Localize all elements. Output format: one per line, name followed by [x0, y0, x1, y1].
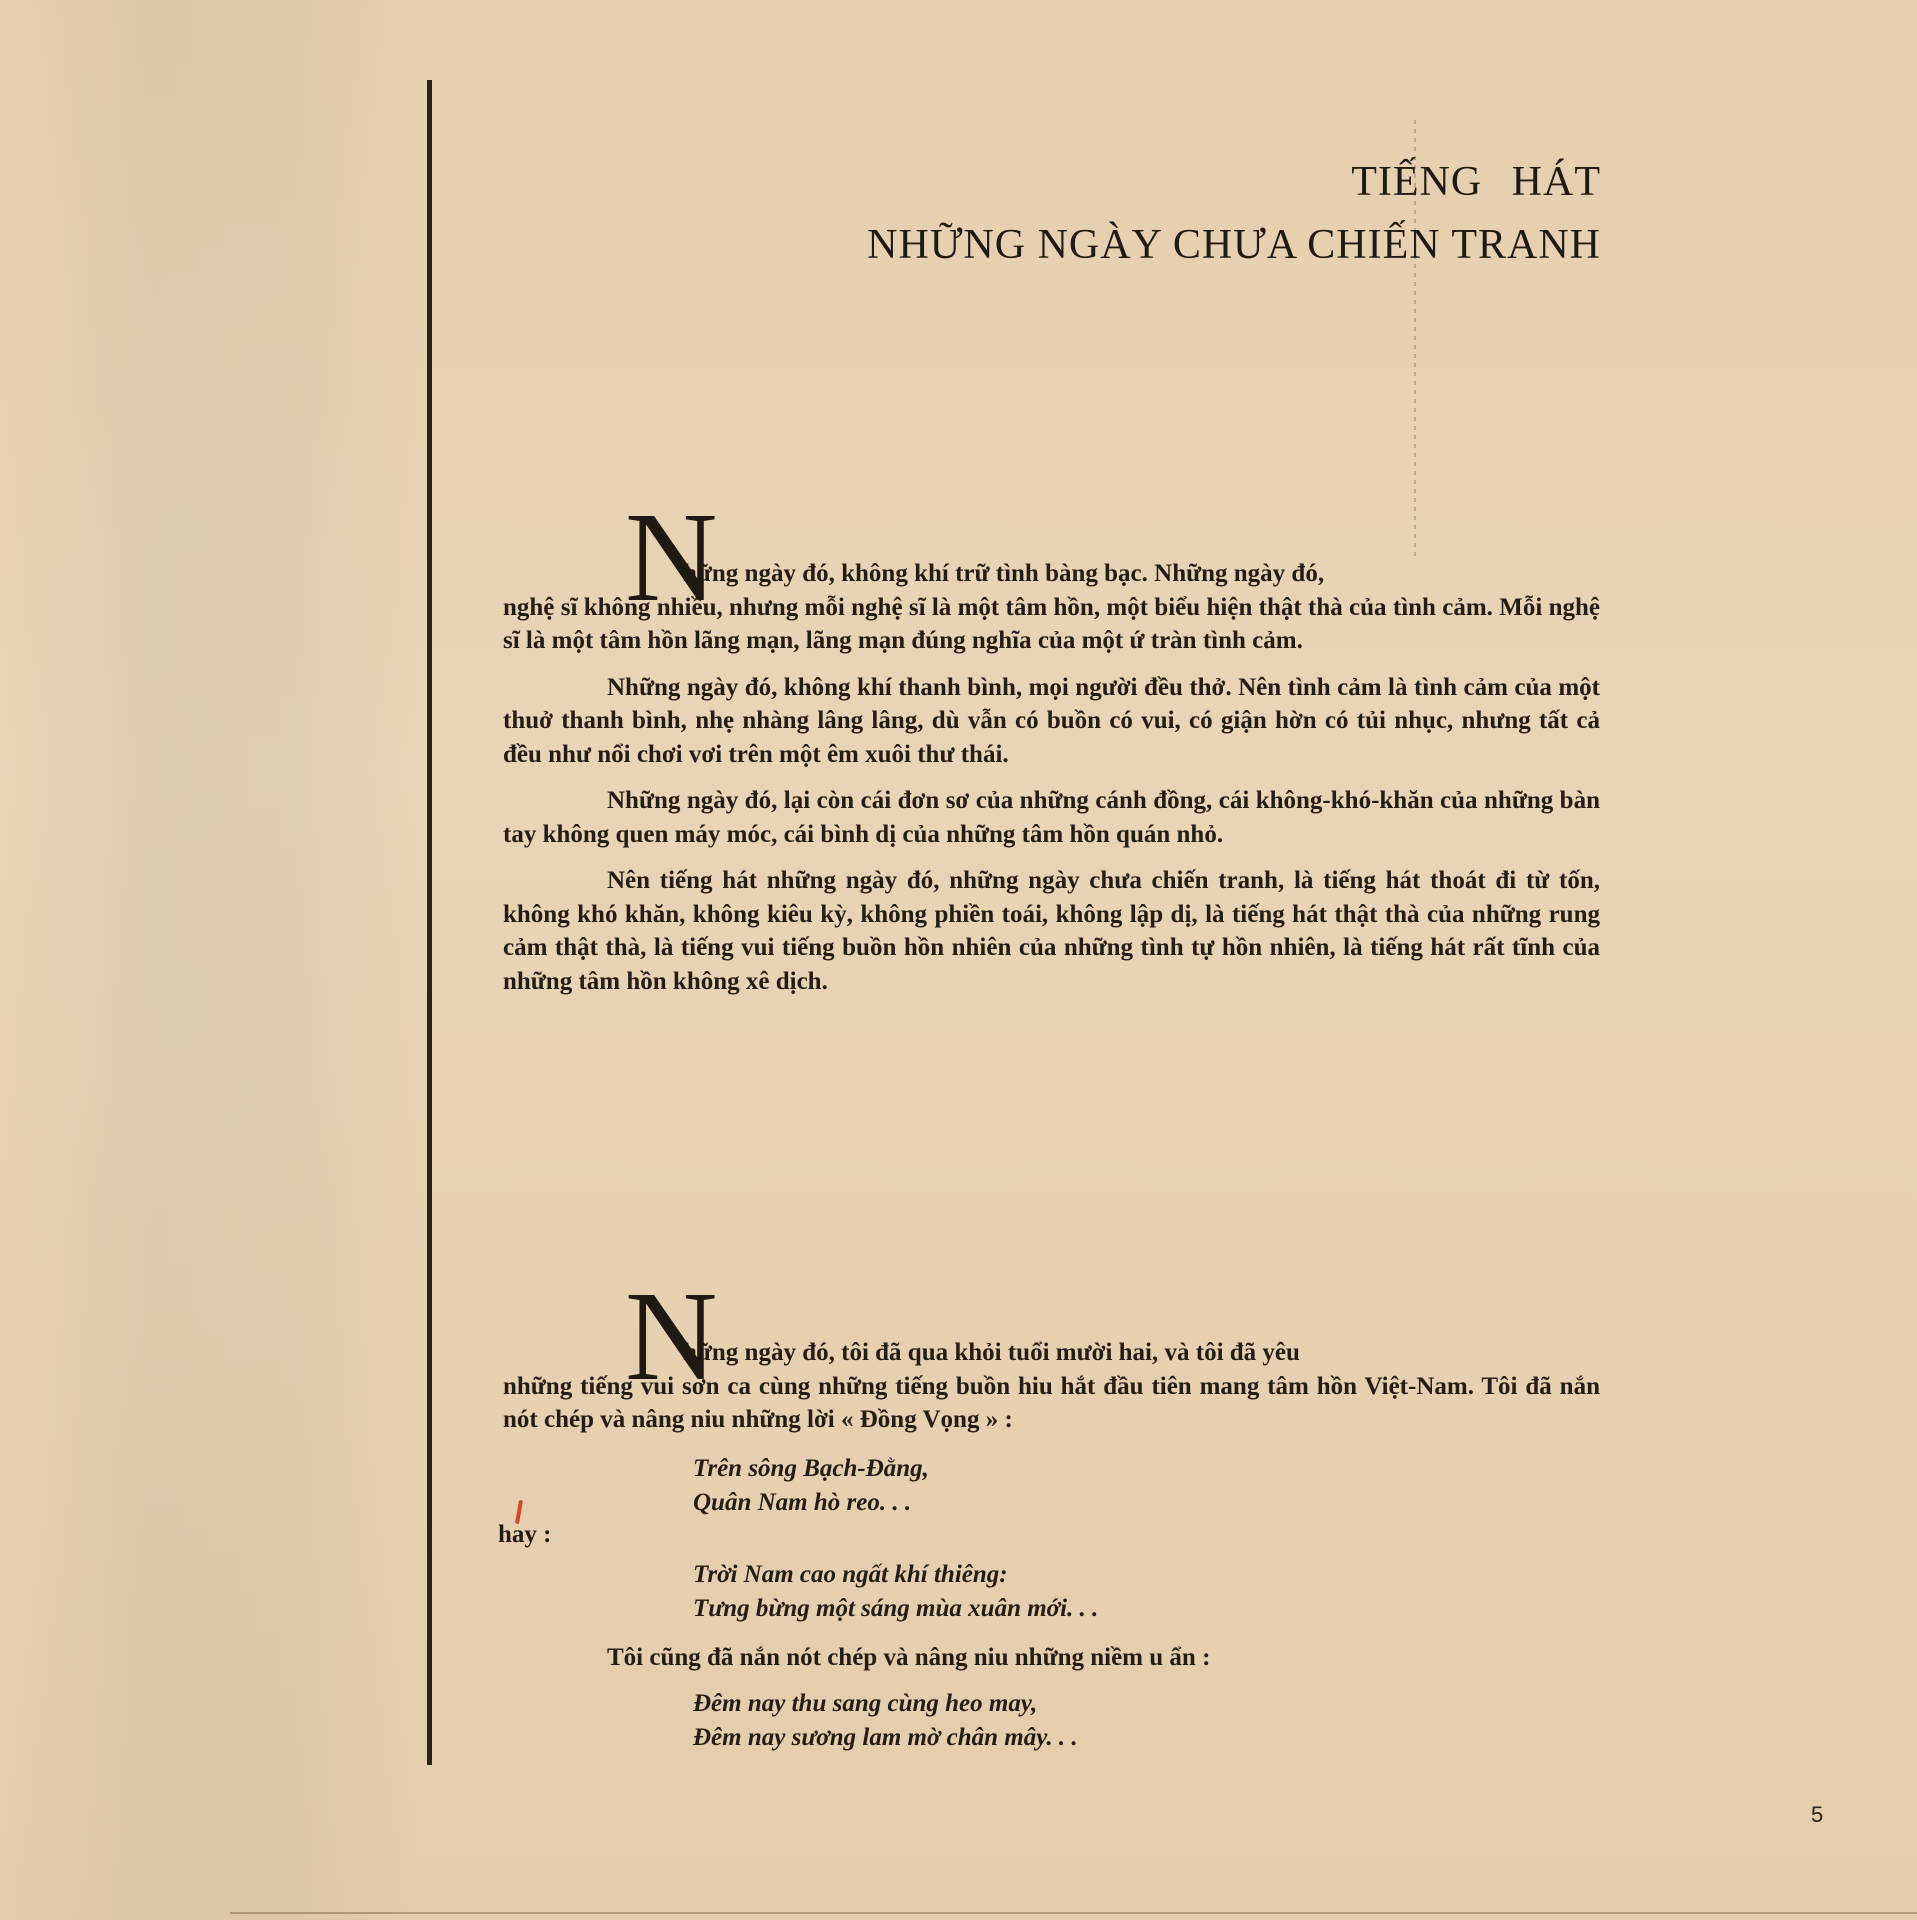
title-line-2: NHỮNG NGÀY CHƯA CHIẾN TRANH: [867, 221, 1601, 269]
section-2: N hững ngày đó, tôi đã qua khỏi tuổi mườ…: [503, 1336, 1600, 1437]
verse-line: Trên sông Bạch-Đằng,: [693, 1452, 929, 1486]
section-1: N hững ngày đó, không khí trữ tình bàng …: [503, 557, 1600, 1011]
verse-line: Tưng bừng một sáng mùa xuân mới. . .: [693, 1592, 1098, 1626]
paragraph-3: Những ngày đó, lại còn cái đơn sơ của nh…: [503, 784, 1600, 851]
page-edge-tear: [230, 1912, 1917, 1920]
drop-cap: N: [625, 493, 717, 621]
page-number: 5: [1811, 1802, 1823, 1828]
verse-1: Trên sông Bạch-Đằng, Quân Nam hò reo. . …: [693, 1452, 929, 1520]
verse-line: Đêm nay thu sang cùng heo may,: [693, 1687, 1078, 1721]
paragraph-2: Những ngày đó, không khí thanh bình, mọi…: [503, 671, 1600, 772]
verse-line: Quân Nam hò reo. . .: [693, 1486, 929, 1520]
paragraph-4: Nên tiếng hát những ngày đó, những ngày …: [503, 864, 1600, 998]
title-line-1: TIẾNG HÁT: [1351, 158, 1601, 206]
line-after-verse: Tôi cũng đã nắn nót chép và nâng niu nhữ…: [607, 1644, 1210, 1672]
section-1-first-line: N hững ngày đó, không khí trữ tình bàng …: [503, 557, 1600, 658]
verse-line: Đêm nay sương lam mờ chân mây. . .: [693, 1721, 1078, 1755]
drop-cap-2: N: [625, 1272, 717, 1400]
verse-line: Trời Nam cao ngất khí thiêng:: [693, 1558, 1098, 1592]
vertical-rule: [427, 80, 432, 1765]
verse-2: Trời Nam cao ngất khí thiêng: Tưng bừng …: [693, 1558, 1098, 1626]
verse-3: Đêm nay thu sang cùng heo may, Đêm nay s…: [693, 1687, 1078, 1755]
connector-hay: hay :: [498, 1521, 551, 1549]
